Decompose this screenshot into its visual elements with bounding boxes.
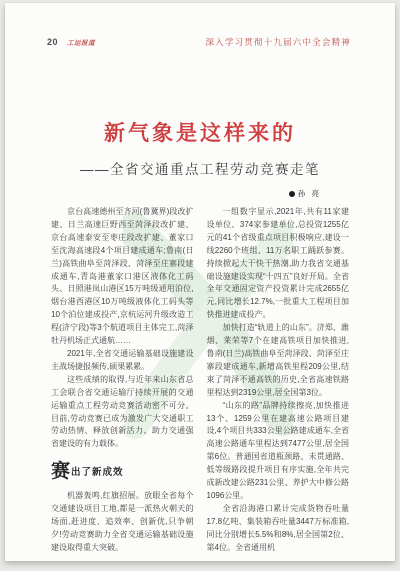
paragraph: “山东的路”品牌持续擦亮,加快推进13个、1259公里在建高速公路项目建设,4个…: [207, 400, 350, 503]
magazine-logo: 工运报道: [67, 38, 95, 47]
section-heading-text: 出了新成效: [71, 467, 124, 478]
paragraph: 这些成绩的取得,与近年来山东省总工会联合省交通运输厅持续开展的交通运输重点工程劳…: [51, 374, 194, 451]
page-number: 20: [47, 37, 58, 47]
byline: 孙 亮: [5, 188, 395, 199]
paragraph: 全省沿海港口累计完成货物吞吐量17.8亿吨、集装箱吞吐量3447万标准箱,同比分…: [207, 503, 350, 555]
left-column: 京台高速德州至齐河(鲁冀界)段改扩建、日兰高速巨野西至菏泽段改扩建、京台高速泰安…: [51, 206, 194, 555]
section-heading: 赛出了新成效: [51, 462, 194, 485]
author-name: 孙 亮: [298, 189, 321, 198]
paragraph: 加快打造“轨道上的山东”。济郑、潍烟、莱荣等7个在建高铁项目加快推进,鲁南(日兰…: [207, 322, 350, 399]
paragraph: 京台高速德州至齐河(鲁冀界)段改扩建、日兰高速巨野西至菏泽段改扩建、京台高速泰安…: [51, 206, 194, 348]
header-banner: 深入学习贯彻十九届六中全会精神: [205, 36, 351, 48]
right-column: 一组数字显示,2021年,共有11家建设单位、374家参建单位,总投资1255亿…: [207, 206, 350, 555]
paragraph: 一组数字显示,2021年,共有11家建设单位、374家参建单位,总投资1255亿…: [207, 206, 350, 322]
header-left: 20 工运报道: [47, 37, 95, 47]
title-block: 新气象是这样来的 ——全省交通重点工程劳动竞赛走笔 孙 亮: [5, 117, 395, 199]
paragraph: 2021年,全省交通运输基础设施建设主战场捷报频传,硕果累累。: [51, 348, 194, 374]
article-title: 新气象是这样来的: [5, 117, 395, 147]
scanned-magazine-page-canvas: 20 工运报道 深入学习贯彻十九届六中全会精神 新气象是这样来的 ——全省交通重…: [0, 0, 400, 571]
section-dropcap: 赛: [51, 461, 71, 482]
magazine-page: 20 工运报道 深入学习贯彻十九届六中全会精神 新气象是这样来的 ——全省交通重…: [5, 3, 395, 561]
article-subtitle: ——全省交通重点工程劳动竞赛走笔: [5, 158, 395, 178]
page-header: 20 工运报道 深入学习贯彻十九届六中全会精神: [47, 36, 351, 48]
author-bullet-icon: [289, 191, 295, 197]
article-body: 京台高速德州至齐河(鲁冀界)段改扩建、日兰高速巨野西至菏泽段改扩建、京台高速泰安…: [51, 206, 349, 555]
paragraph: 机器轰鸣,红旗招展。放眼全省每个交通建设项目工地,都是一派热火朝天的场面,赶进度…: [51, 490, 194, 555]
